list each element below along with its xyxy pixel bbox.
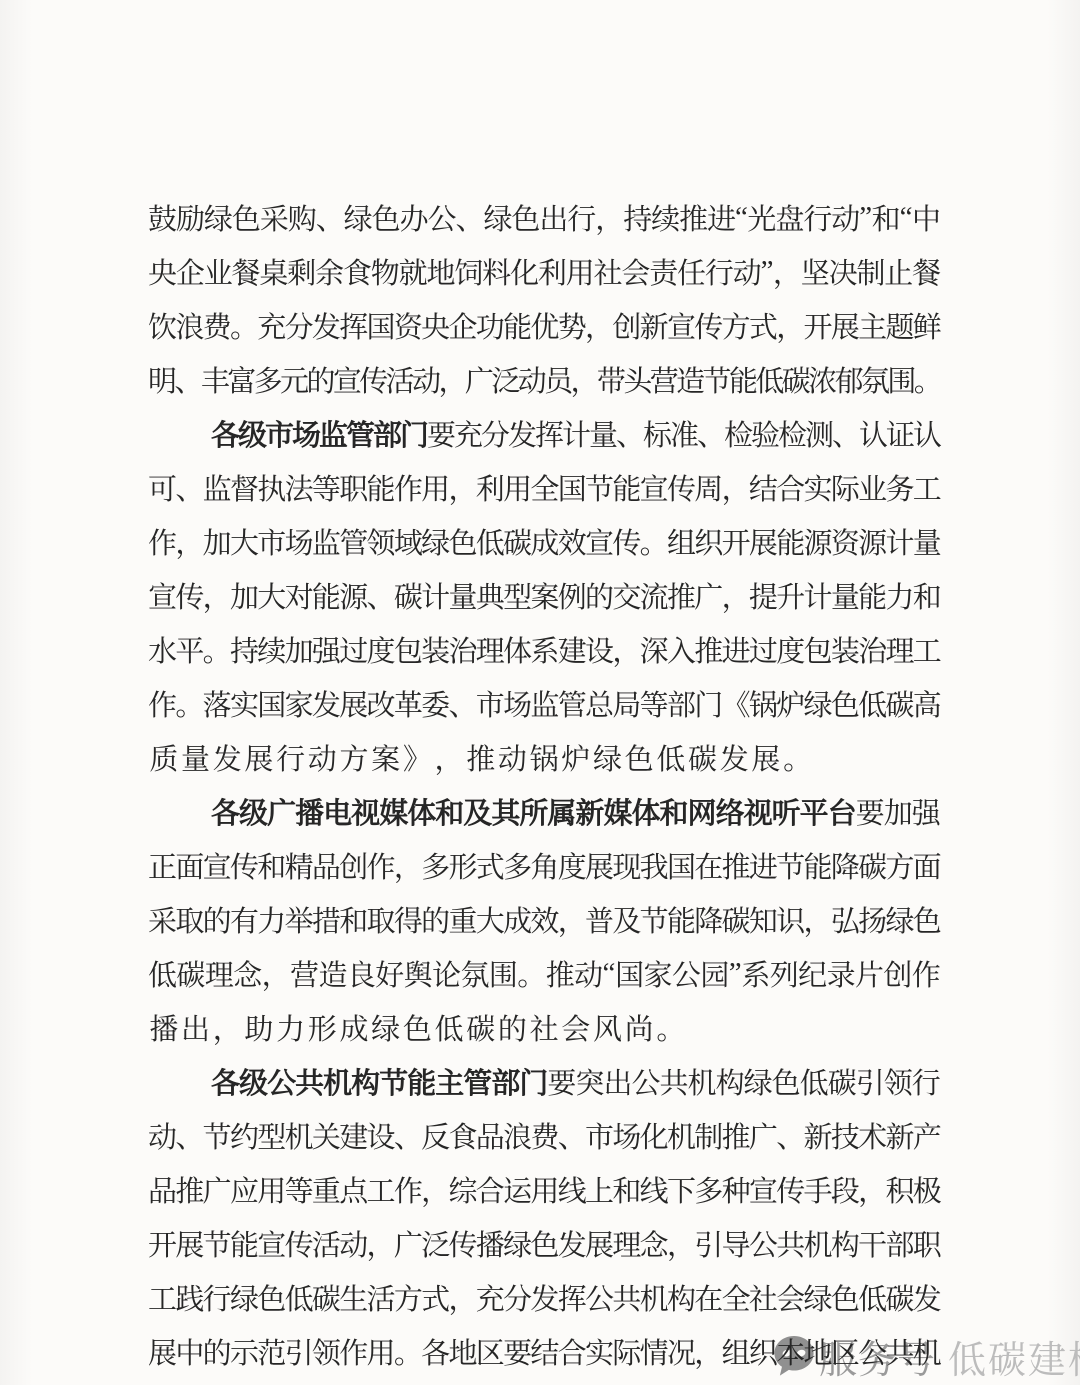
text-char: 包 [394,629,421,670]
text-char: 组 [667,521,694,562]
text-char: 动 [412,359,438,400]
text-char: 流 [640,575,667,616]
text-char: 管 [463,1061,491,1102]
text-char: 深 [640,629,667,670]
text-char: 氛 [861,359,887,400]
text-char: 引 [856,1061,884,1102]
text-char: 势 [558,305,585,346]
text-char: 作 [394,467,421,508]
text-char: 及 [612,899,639,940]
text-char: 各 [211,791,239,832]
text-char: 和 [612,1169,639,1210]
text-char: 入 [667,629,694,670]
text-char: 企 [176,251,204,292]
text-char: 市 [585,1115,612,1156]
text-char: 量 [913,521,940,562]
text-char: 色 [257,1277,284,1318]
text-char: 碳 [503,521,530,562]
text-char: 国 [667,845,694,886]
text-char: 分 [285,305,312,346]
text-char: 成 [530,521,557,562]
text-char: 光 [747,197,775,238]
text-char: 化 [640,1115,667,1156]
text-char: 进 [749,845,776,886]
text-char: 节 [703,359,729,400]
text-char: 绿 [421,521,448,562]
text-char: 制 [694,1115,721,1156]
text-char: 举 [285,899,312,940]
text-char: 挥 [558,1277,585,1318]
text-char: 力 [885,575,912,616]
text-char: 进 [722,629,749,670]
text-char: 媒 [603,791,631,832]
text-char: 我 [640,845,667,886]
text-char: 管 [339,521,366,562]
text-char: 宣 [333,359,359,400]
text-char: 绿 [483,197,511,238]
text-char: 各 [211,413,238,454]
text-char: 式 [749,305,776,346]
text-char: ， [438,359,464,400]
text-char: 市 [257,521,284,562]
text-char: 展 [585,845,612,886]
text-char: 好 [375,953,403,994]
text-char: 等 [640,683,667,724]
text-char: 展 [585,1223,612,1264]
text-char: 。 [175,683,202,724]
text-char: 功 [476,305,503,346]
text-char: 纪 [798,953,826,994]
text-char: 社 [749,1277,776,1318]
text-char: 创 [339,845,366,886]
text-char: 充 [476,1277,503,1318]
text-char: 食 [448,1115,475,1156]
text-char: 传 [667,467,694,508]
text-char: 广 [203,1169,230,1210]
text-char: ， [571,359,597,400]
text-char: 央 [148,251,176,292]
text-char: 装 [421,629,448,670]
text-char: 交 [612,575,639,616]
text-char: 正 [148,845,175,886]
text-char: 极 [913,1169,940,1210]
text-char: 。 [230,305,257,346]
text-char: 新 [885,1115,912,1156]
text-char: 机 [323,1061,351,1102]
text-char: 动 [733,251,761,292]
text-char: 场 [503,683,530,724]
text-char: 式 [476,845,503,886]
text-char: 质 [148,737,180,778]
text-char: 标 [643,413,670,454]
text-char: 体 [503,629,530,670]
text-char: 例 [558,575,585,616]
text-char: 余 [315,251,343,292]
text-char: 务 [885,467,912,508]
text-char: 碳 [858,845,885,886]
text-char: 周 [694,467,721,508]
text-char: 主 [435,1061,463,1102]
text-char: 行 [275,737,307,778]
text-char: 新 [640,305,667,346]
text-char: 点 [339,1169,366,1210]
text-char: 本 [776,1331,803,1372]
text-char: 的 [585,575,612,616]
text-char: 公 [631,1061,659,1102]
text-char: 其 [491,791,519,832]
text-char: 共 [295,1061,323,1102]
text-char: 广 [394,1223,421,1264]
text-char: 面 [175,845,202,886]
text-char: ， [175,521,202,562]
text-char: 执 [257,467,284,508]
text-char: 低 [858,1277,885,1318]
text-char: 计 [885,521,912,562]
text-char: 传 [285,1223,312,1264]
text-char: 能 [612,467,639,508]
text-char: 和 [913,575,940,616]
text-char: 效 [530,899,557,940]
text-char: 水 [148,629,175,670]
text-char: 色 [530,1223,557,1264]
text-line: 作。落实国家发展改革委、市场监管总局等部门《锅炉绿色低碳高 [148,676,940,730]
text-char: 示 [230,1331,257,1372]
text-line: 央企业餐桌剩余食物就地饲料化利用社会责任行动”，坚决制止餐 [148,244,940,298]
text-char: 积 [885,1169,912,1210]
text-char: 展 [749,521,776,562]
text-char: 分 [503,1277,530,1318]
text-char: 碳 [465,1007,497,1048]
text-char: 结 [749,467,776,508]
text-char: 全 [722,1277,749,1318]
text-char: 决 [829,251,857,292]
text-char: 多 [254,359,280,400]
text-char: ， [776,305,803,346]
text-char: 采 [148,899,175,940]
text-char: 低 [858,683,885,724]
text-char: 播 [295,791,323,832]
text-char: ， [421,1169,448,1210]
text-char: 织 [694,521,721,562]
text-char: 低 [800,1061,828,1102]
text-char: 情 [640,1331,667,1372]
text-char: 可 [148,467,175,508]
text-char: “ [603,957,616,990]
text-line: 低碳理念，营造良好舆论氛围。推动“国家公园”系列纪录片创作 [148,946,940,1000]
text-char: 台 [828,791,856,832]
text-char: 部 [373,413,400,454]
text-char: 革 [394,683,421,724]
text-char: ， [203,575,230,616]
document-body: 鼓励绿色采购、绿色办公、绿色出行，持续推进“光盘行动”和“中央企业餐桌剩余食物就… [148,190,940,1378]
text-char: 会 [560,1007,592,1048]
text-char: 发 [312,305,339,346]
text-char: 推 [722,845,749,886]
text-char: 、 [616,413,643,454]
text-char: 动 [148,1115,175,1156]
text-char: 作 [912,953,940,994]
text-char: 准 [670,413,697,454]
text-char: 认 [859,413,886,454]
text-char: 强 [912,791,940,832]
text-char: 念 [233,953,261,994]
text-char: 出 [603,1061,631,1102]
text-char: 低 [148,953,176,994]
text-char: 度 [367,629,394,670]
text-char: 有 [230,899,257,940]
text-char: 色 [913,899,940,940]
text-char: 过 [339,629,366,670]
text-char: 线 [640,1169,667,1210]
text-char: 色 [831,683,858,724]
text-char: 作 [367,845,394,886]
text-char: 企 [448,305,475,346]
text-char: 》 [402,737,434,778]
text-char: 绿 [230,1277,257,1318]
text-char: 和 [660,791,688,832]
text-char: 节 [203,1223,230,1264]
text-char: ， [211,1007,243,1048]
text-char: 加 [203,521,230,562]
text-char: 识 [776,899,803,940]
text-char: 和 [872,197,900,238]
text-char: 动 [306,737,338,778]
text-char: 等 [312,467,339,508]
text-char: 公 [858,1331,885,1372]
text-char: 。 [655,1007,687,1048]
text-char: 方 [338,737,370,778]
text-char: 发 [508,413,535,454]
text-char: 系 [741,953,769,994]
text-char: 实 [585,1331,612,1372]
text-char: 中 [175,1331,202,1372]
text-char: 、 [175,1115,202,1156]
text-char: 传 [175,575,202,616]
text-char: 造 [318,953,346,994]
text-char: ， [773,251,801,292]
text-char: 突 [575,1061,603,1102]
text-char: 部 [667,683,694,724]
text-char: 体 [407,791,435,832]
text-char: 案 [370,737,402,778]
text-char: 能 [407,1061,435,1102]
text-char: 的 [203,899,230,940]
text-char: 普 [585,899,612,940]
text-char: 地 [426,251,454,292]
text-char: 机 [804,1223,831,1264]
text-char: 优 [530,305,557,346]
text-char: 色 [402,1007,434,1048]
text-char: 平 [800,791,828,832]
text-char: 合 [476,1169,503,1210]
text-char: 量 [589,413,616,454]
text-char: 列 [770,953,798,994]
text-char: 。 [517,953,545,994]
text-char: 场 [612,1115,639,1156]
text-char: 典 [476,575,503,616]
text-char: 公 [749,1223,776,1264]
text-char: 技 [831,1115,858,1156]
text-char: 播 [148,1007,180,1048]
text-char: 体 [631,791,659,832]
text-char: 应 [230,1169,257,1210]
text-char: 下 [667,1169,694,1210]
text-char: 市 [476,683,503,724]
text-char: 量 [831,575,858,616]
text-char: 多 [694,1169,721,1210]
text-char: 围 [489,953,517,994]
text-char: 国 [367,305,394,346]
text-line: 鼓励绿色采购、绿色办公、绿色出行，持续推进“光盘行动”和“中 [148,190,940,244]
text-char: 绿 [344,197,372,238]
text-char: 各 [421,1331,448,1372]
text-char: 碳 [782,359,808,400]
text-char: ， [804,899,831,940]
text-char: 、 [697,413,724,454]
text-char: ， [394,845,421,886]
text-char: 全 [530,467,557,508]
text-char: 发 [718,737,750,778]
text-char: 分 [481,413,508,454]
text-char: 约 [230,1115,257,1156]
text-char: 续 [651,197,679,238]
text-char: 带 [597,359,623,400]
text-char: 绿 [804,683,831,724]
text-char: 色 [448,521,475,562]
text-char: 用 [421,467,448,508]
text-char: 就 [399,251,427,292]
text-char: 监 [312,521,339,562]
text-char: 属 [547,791,575,832]
text-char: 央 [421,305,448,346]
text-char: 计 [562,413,589,454]
text-char: 共 [660,1061,688,1102]
text-char: 、 [558,1115,585,1156]
text-char: 作 [148,521,175,562]
text-char: 干 [858,1223,885,1264]
text-char: 管 [558,683,585,724]
text-char: 广 [694,575,721,616]
text-line: 工践行绿色低碳生活方式，充分发挥公共机构在全社会绿色低碳发 [148,1270,940,1324]
text-char: 取 [367,899,394,940]
text-char: 能 [367,467,394,508]
text-char: 能 [858,575,885,616]
text-char: 动 [339,1223,366,1264]
text-char: ” [859,201,871,234]
text-char: 进 [707,197,735,238]
text-char: 要 [547,1061,575,1102]
text-char: 展 [750,737,782,778]
text-char: 宣 [667,305,694,346]
text-char: 上 [585,1169,612,1210]
text-char: 知 [749,899,776,940]
text-char: 料 [482,251,510,292]
text-char: 角 [530,845,557,886]
text-char: 型 [503,575,530,616]
text-char: 舆 [404,953,432,994]
text-char: 碳 [312,1277,339,1318]
text-char: 。 [203,629,230,670]
text-char: 。 [394,1331,421,1372]
text-char: 社 [594,251,622,292]
text-line: 饮浪费。充分发挥国资央企功能优势，创新宣传方式，开展主题鲜 [148,298,940,352]
text-char: 面 [913,845,940,886]
text-char: 家 [644,953,672,994]
text-char: 、 [832,413,859,454]
text-char: 节 [379,1061,407,1102]
text-char: 引 [694,1223,721,1264]
text-char: 发 [211,737,243,778]
text-char: 合 [558,1331,585,1372]
text-char: 《 [722,683,749,724]
text-char: 构 [831,1223,858,1264]
text-char: 场 [292,413,319,454]
text-char: 、 [776,1115,803,1156]
text-char: 碳 [885,683,912,724]
text-char: 活 [367,1277,394,1318]
text-char: 主 [858,305,885,346]
text-char: 会 [776,1277,803,1318]
text-char: 浪 [503,1115,530,1156]
text-char: 导 [722,1223,749,1264]
text-char: 构 [351,1061,379,1102]
text-char: 传 [776,1169,803,1210]
text-char: 职 [913,1223,940,1264]
text-char: 行 [203,1277,230,1318]
text-char: 锅 [749,683,776,724]
text-char: ， [367,1223,394,1264]
text-char: ， [448,1277,475,1318]
text-char: 要 [856,791,884,832]
text-char: 作 [339,1331,366,1372]
text-char: 源 [804,521,831,562]
text-char: 国 [558,467,585,508]
text-char: ， [558,899,585,940]
text-char: 尚 [623,1007,655,1048]
text-line: 作，加大市场监管领域绿色低碳成效宣传。组织开展能源资源计量 [148,514,940,568]
text-char: 动 [518,359,544,400]
text-char: 电 [323,791,351,832]
text-char: 色 [831,1277,858,1318]
text-char: 治 [858,629,885,670]
text-char: 传 [230,845,257,886]
text-char: 等 [285,1169,312,1210]
text-char: 广 [465,359,491,400]
text-char: 发 [312,683,339,724]
text-line: 明、丰富多元的宣传活动，广泛动员，带头营造节能低碳浓郁氛围。 [148,352,940,406]
text-char: 验 [751,413,778,454]
text-char: 社 [528,1007,560,1048]
text-char: 组 [722,1331,749,1372]
text-char: 持 [230,629,257,670]
text-char: 度 [776,629,803,670]
text-char: 国 [615,953,643,994]
text-char: 术 [858,1115,885,1156]
text-char: 种 [722,1169,749,1210]
text-char: 场 [285,521,312,562]
text-char: 法 [285,467,312,508]
text-char: 制 [856,251,884,292]
text-char: 浪 [175,305,202,346]
text-char: 传 [694,305,721,346]
text-char: 降 [831,845,858,886]
text-char: 开 [148,1223,175,1264]
text-char: 、 [316,197,344,238]
text-char: 度 [558,845,585,886]
text-char: 绿 [503,1223,530,1264]
text-char: 低 [476,521,503,562]
text-char: 营 [650,359,676,400]
